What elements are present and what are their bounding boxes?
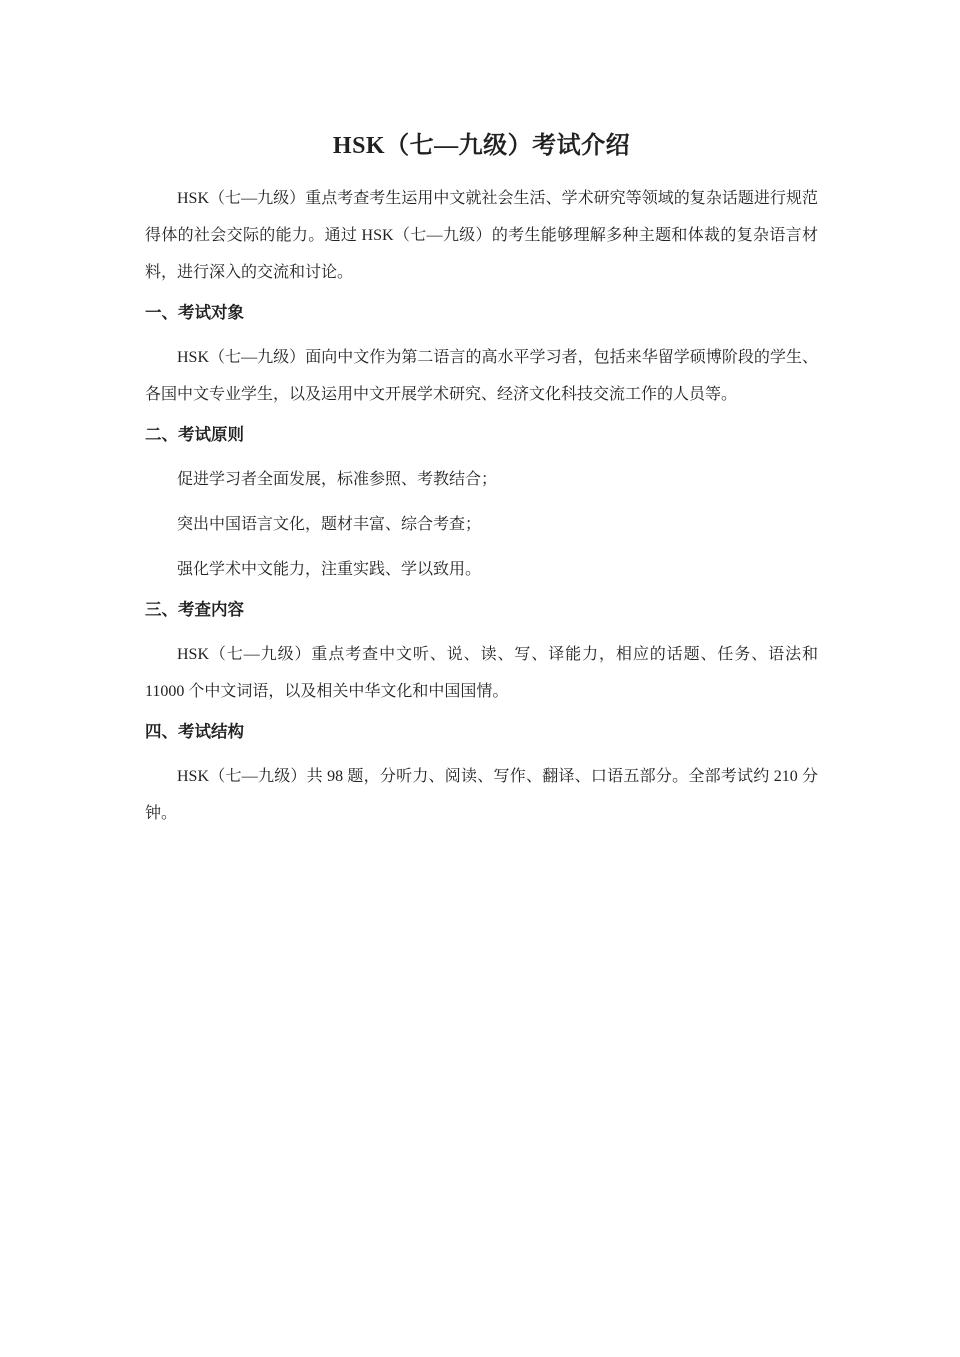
document-title: HSK（七—九级）考试介绍 xyxy=(145,128,818,164)
section-paragraph: 强化学术中文能力，注重实践、学以致用。 xyxy=(145,551,818,588)
section-paragraph: HSK（七—九级）共 98 题，分听力、阅读、写作、翻译、口语五部分。全部考试约… xyxy=(145,758,818,832)
section-heading-exam-structure: 四、考试结构 xyxy=(145,718,818,746)
section-heading-exam-target: 一、考试对象 xyxy=(145,299,818,327)
section-paragraph: 突出中国语言文化，题材丰富、综合考查； xyxy=(145,506,818,543)
section-heading-exam-principles: 二、考试原则 xyxy=(145,421,818,449)
document-page: HSK（七—九级）考试介绍 HSK（七—九级）重点考查考生运用中文就社会生活、学… xyxy=(0,0,960,1357)
section-heading-assessment-content: 三、考查内容 xyxy=(145,596,818,624)
section-paragraph: HSK（七—九级）重点考查中文听、说、读、写、译能力，相应的话题、任务、语法和 … xyxy=(145,636,818,710)
section-paragraph: HSK（七—九级）面向中文作为第二语言的高水平学习者，包括来华留学硕博阶段的学生… xyxy=(145,339,818,413)
intro-paragraph: HSK（七—九级）重点考查考生运用中文就社会生活、学术研究等领域的复杂话题进行规… xyxy=(145,180,818,291)
section-paragraph: 促进学习者全面发展，标准参照、考教结合； xyxy=(145,461,818,498)
